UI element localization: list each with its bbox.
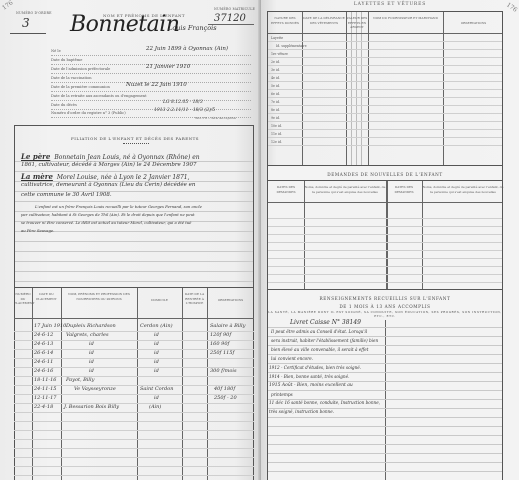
- mother-entry-cont: cette commune le 30 Avril 1908.: [21, 192, 112, 198]
- table-header: Numéro du placement Date du placement No…: [14, 288, 254, 319]
- filiation-note: se trouver ni être conservé. Le délit es…: [21, 220, 191, 225]
- note-line: 11 déc 16 santé bonne, conduite, Instruc…: [269, 400, 380, 405]
- name-label: Nom et Prénoms de l'enfant: [103, 13, 185, 18]
- note-line: bien élevé au ville convenable, il serai…: [271, 347, 368, 352]
- divider: [10, 33, 46, 34]
- mother-entry-cont: cultivatrice, demeurant à Oyonnax (Lieu …: [21, 182, 195, 188]
- table-row: 17 Juin 1910 Dupleix Richardson Cerdon (…: [14, 323, 254, 332]
- note-line: Il peut être admis au Conseil d'état. Lo…: [271, 329, 367, 334]
- table-row: 12-11-17 id 250f - 20: [14, 395, 254, 404]
- section-title: Demandes de nouvelles de l'enfant: [268, 172, 502, 177]
- note-line: Livret Caisse N° 38149: [290, 319, 361, 326]
- table-header: Nature des effets donnés Date de la déli…: [268, 12, 502, 34]
- header-cell: Nom, prénoms et profession des nourricie…: [61, 292, 137, 301]
- header-cell: Valeur des effets en argent: [346, 16, 368, 30]
- field-value: 22 Juin 1899 à Oyonnax (Ain): [146, 46, 228, 52]
- header-cell: Nature des effets donnés: [268, 16, 302, 25]
- demandes-section: Demandes de nouvelles de l'enfant Dates …: [267, 165, 503, 290]
- header-cell: Observations: [443, 21, 504, 26]
- placements-table: Numéro du placement Date du placement No…: [14, 287, 254, 480]
- child-first-names: Louis François: [168, 24, 217, 32]
- note-line: printemps: [271, 392, 293, 397]
- father-entry-cont: 1861, cultivateur, décédé à Morges (Ain)…: [21, 162, 197, 168]
- table-row: 24-6-13 id id 160 90f: [14, 341, 254, 350]
- field-value: 1913 2.2.11/11 - 18/3 (2)/5: [154, 108, 215, 113]
- table-row: 22-4-18 J. Bessarion Bois Billy (Ain): [14, 404, 254, 413]
- right-page: Layettes et vêtures 176 Nature des effet…: [261, 0, 519, 480]
- table-row: 24-6-16 id id 300 f/mois: [14, 368, 254, 377]
- mother-entry: La mèreMorel Louise, née à Lyon le 2 Jan…: [21, 172, 190, 181]
- header-cell: Noms, domicile et degré de parenté avec …: [304, 185, 386, 194]
- header-cell: Observations: [207, 298, 254, 303]
- section-subtitle: La santé, la manière dont il est soigné,…: [268, 310, 502, 318]
- filiation-note: par cultivateur, habitant à St Georges d…: [21, 212, 195, 217]
- note-line: très soigné, instruction bonne.: [269, 409, 334, 414]
- note-line: 1914 - Bien, bonne santé, très soigné.: [269, 374, 349, 379]
- left-page: 176 Numéro d'ordre 3 Bonnetain Nom et Pr…: [0, 0, 261, 480]
- row-label: 7e id.: [271, 100, 280, 104]
- field-death: Date du décès LG 8.12.05 - 18/3: [51, 102, 251, 110]
- table-row: 24-6-12 Valgrets, charles id 120f 90f: [14, 332, 254, 341]
- row-label: 3e id.: [271, 68, 280, 72]
- father-label: Le père: [21, 152, 50, 161]
- row-label: 9e id.: [271, 116, 280, 120]
- field-admission: Date de l'admission préfectorale 21 Janv…: [51, 66, 251, 74]
- row-label: 11e id.: [271, 132, 282, 136]
- header-cell: Date de la délivrance des vêtements: [302, 16, 346, 25]
- section-subtitle: de 1 mois à 13 ans accomplis: [268, 304, 502, 309]
- order-number-label: Numéro d'ordre: [16, 11, 52, 15]
- order-number: 3: [22, 16, 30, 30]
- header-cell: Nom du fournisseur et marchand: [368, 16, 443, 21]
- note-line: sera instruit, habiter l'établissement (…: [271, 338, 378, 343]
- field-first-communion: Date de la première communion Nuzet le 2…: [51, 84, 251, 92]
- row-label: 6e id.: [271, 92, 280, 96]
- form-note: Mod. 3 B — Série des registres: [195, 117, 236, 120]
- table-row: 24-6-11 id id: [14, 359, 254, 368]
- row-label: 8e id.: [271, 108, 280, 112]
- field-retraite: Date de la retraite aux ascendants ou d'…: [51, 93, 251, 101]
- note-line: 1915 Août - Bien, moins excellent au: [269, 383, 353, 388]
- section-title: Filiation de l'enfant et décès des paren…: [15, 136, 255, 141]
- row-label: Layette: [271, 36, 283, 40]
- divider: [123, 143, 149, 144]
- renseignements-section: Renseignements recueillis sur l'enfant d…: [267, 289, 503, 480]
- header-cell: Domicile: [137, 298, 182, 303]
- section-title: Renseignements recueillis sur l'enfant: [268, 296, 502, 301]
- matricule-number: 37120: [214, 13, 246, 24]
- mother-label: La mère: [21, 172, 53, 181]
- row-label: 2e id.: [271, 60, 280, 64]
- row-label: 4e id.: [271, 76, 280, 80]
- matricule-label: Numéro matricule: [214, 7, 255, 11]
- field-value: Nuzet le 22 Juin 1910: [126, 82, 187, 88]
- table-row: 24-11-15 Ve Vaysseyronze Saint Cordon 40…: [14, 386, 254, 395]
- father-entry: Le pèreBonnetain Jean Louis, né à Oyonna…: [21, 152, 200, 161]
- row-label: 1re vêture: [271, 52, 288, 56]
- header-cell: Date du placement: [32, 292, 61, 301]
- row-label: 5e id.: [271, 84, 280, 88]
- row-label: Id. supplémentaire: [276, 44, 307, 48]
- field-born: Né le 22 Juin 1899 à Oyonnax (Ain): [51, 48, 251, 56]
- table-row: 18-11-16 Payot, Billy: [14, 377, 254, 386]
- table-header: Dates des demandes Noms, domicile et deg…: [268, 181, 502, 203]
- note-line: 1912 - Certificat d'études, bien très so…: [269, 365, 361, 370]
- header-cell: Dates des demandes: [268, 185, 304, 194]
- header-cell: Numéro du placement: [14, 292, 32, 306]
- row-label: 12e id.: [271, 140, 282, 144]
- header-cell: Date de la rentrée à l'hospice: [182, 292, 207, 306]
- header-cell: Dates des demandes: [386, 185, 422, 194]
- section-title: Layettes et vêtures: [261, 2, 519, 7]
- corner-number: 176: [1, 0, 14, 12]
- field-value: LG 8.12.05 - 18/3: [163, 100, 203, 105]
- divider: [208, 24, 254, 25]
- row-label: 10e id.: [271, 124, 282, 128]
- header-cell: Noms, domicile et degré de parenté avec …: [422, 185, 504, 194]
- note-line: lui convient encore.: [271, 356, 313, 361]
- field-value: 21 Janvier 1910: [146, 64, 190, 70]
- filiation-note: L'enfant est un frère François Louis rec…: [35, 204, 202, 209]
- filiation-note: au Père Sauvage.: [21, 228, 54, 233]
- table-row: 26-6-14 id id 250f 115f: [14, 350, 254, 359]
